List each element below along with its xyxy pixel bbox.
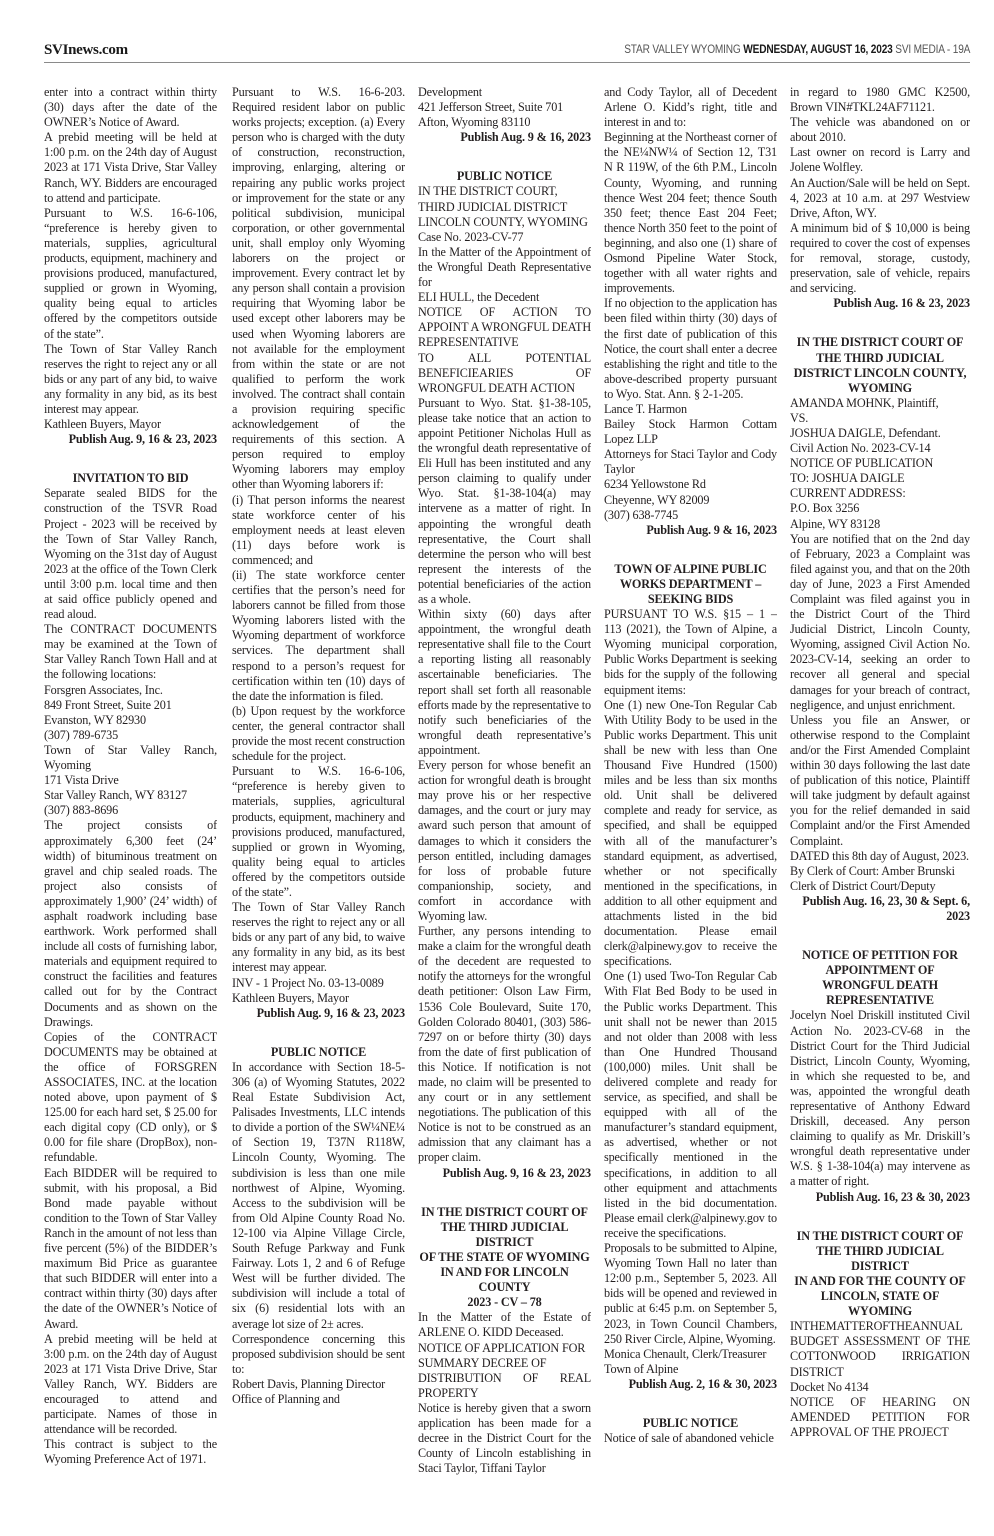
notice-heading: IN THE DISTRICT COURT OF THE THIRD JUDIC… [790,335,970,395]
notice-paragraph: INTHEMATTEROFTHEANNUAL BUDGET ASSESSMENT… [790,1319,970,1379]
page-masthead: SVInews.com STAR VALLEY WYOMING WEDNESDA… [44,40,970,63]
notice-paragraph: Bailey Stock Harmon Cottam Lopez LLP [604,417,777,447]
column-2: Pursuant to W.S. 16-6-203. Required resi… [232,85,405,1485]
notice-paragraph: (b) Upon request by the workforce center… [232,704,405,764]
notice-paragraph: PURSUANT TO W.S. §15 – 1 – 113 (2021), t… [604,607,777,698]
dateline: STAR VALLEY WYOMING WEDNESDAY, AUGUST 16… [624,44,970,56]
notice-line: 6234 Yellowstone Rd [604,477,777,492]
notice-paragraph: Pursuant to W.S. 16-6-203. Required resi… [232,85,405,493]
notice-line: Kathleen Buyers, Mayor [44,417,217,432]
notice-paragraph: Notice of sale of abandoned vehicle [604,1431,777,1446]
column-1: enter into a contract within thirty (30)… [44,85,217,1485]
notice-line: 171 Vista Drive [44,773,217,788]
notice-heading: PUBLIC NOTICE [418,169,591,184]
notice-line: Case No. 2023-CV-77 [418,230,591,245]
notice-line: Star Valley Ranch, WY 83127 [44,788,217,803]
notice-line: Monica Chenault, Clerk/Treasurer [604,1347,777,1362]
dateline-date: WEDNESDAY, AUGUST 16, 2023 [743,44,892,56]
notice-line: Evanston, WY 82930 [44,713,217,728]
notice-paragraph: Beginning at the Northeast corner of the… [604,130,777,296]
notice-paragraph: A prebid meeting will be held at 3:00 p.… [44,1332,217,1438]
notice-paragraph: A minimum bid of $ 10,000 is being requi… [790,221,970,296]
notice-line: (307) 638-7745 [604,508,777,523]
notice-line: JOSHUA DAIGLE, Defendant. [790,426,970,441]
notice-heading: TOWN OF ALPINE PUBLIC WORKS DEPARTMENT –… [604,562,777,607]
publish-dates: Publish Aug. 16, 23 & 30, 2023 [790,1190,970,1205]
notice-line: Robert Davis, Planning Director [232,1377,405,1392]
notice-line: Clerk of District Court/Deputy [790,879,970,894]
notice-heading: IN AND FOR THE COUNTY OF LINCOLN, STATE … [790,1274,970,1319]
notice-line: Civil Action No. 2023-CV-14 [790,441,970,456]
notice-line: Development [418,85,591,100]
notice-line: Cheyenne, WY 82009 [604,493,777,508]
notice-paragraph: Jocelyn Noel Driskill instituted Civil A… [790,1008,970,1189]
notice-line: LINCOLN COUNTY, WYOMING [418,215,591,230]
notice-paragraph: Notice is hereby given that a sworn appl… [418,1401,591,1476]
notice-paragraph: Unless you file an Answer, or otherwise … [790,713,970,849]
notice-paragraph: In accordance with Section 18-5-306 (a) … [232,1060,405,1332]
notice-paragraph: Pursuant to W.S. 16-6-106, “preference i… [44,206,217,342]
notice-line: NOTICE OF PUBLICATION [790,456,970,471]
notice-line: P.O. Box 3256 [790,501,970,516]
site-name: SVInews.com [44,42,128,59]
notice-paragraph: In the Matter of the Appointment of the … [418,245,591,290]
notice-line: VS. [790,411,970,426]
notice-paragraph: One (1) new One-Ton Regular Cab With Uti… [604,698,777,970]
notice-paragraph: (ii) The state workforce center certifie… [232,568,405,704]
notice-line: NOTICE OF APPLICATION FOR SUMMARY DECREE… [418,1341,591,1371]
notice-line: INV - 1 Project No. 03-13-0089 [232,976,405,991]
publish-dates: Publish Aug. 16 & 23, 2023 [790,296,970,311]
notice-paragraph: The vehicle was abandoned on or about 20… [790,115,970,145]
notice-line: Town of Alpine [604,1362,777,1377]
column-4: and Cody Taylor, all of Decedent Arlene … [604,85,777,1485]
notice-paragraph: Copies of the CONTRACT DOCUMENTS may be … [44,1030,217,1166]
notice-paragraph: Every person for whose benefit an action… [418,758,591,924]
notice-line: Lance T. Harmon [604,402,777,417]
publish-dates: Publish Aug. 16, 23, 30 & Sept. 6, 2023 [790,894,970,924]
notice-paragraph: Office of Planning and [232,1392,405,1407]
notice-paragraph: In the Matter of the Estate of ARLENE O.… [418,1310,591,1340]
notice-paragraph: One (1) used Two-Ton Regular Cab With Fl… [604,969,777,1241]
notice-paragraph: TO ALL POTENTIAL BENEFICIEARIES OF WRONG… [418,351,591,396]
notice-line: ELI HULL, the Decedent [418,290,591,305]
dateline-prefix: STAR VALLEY WYOMING [624,44,743,56]
notice-line: Kathleen Buyers, Mayor [232,991,405,1006]
notice-line: (307) 789-6735 [44,728,217,743]
notice-paragraph: You are notified that on the 2nd day of … [790,532,970,713]
notice-paragraph: Each BIDDER will be required to submit, … [44,1166,217,1332]
notice-paragraph: The project consists of approximately 6,… [44,818,217,1029]
notice-line: Afton, Wyoming 83110 [418,115,591,130]
column-5: in regard to 1980 GMC K2500, Brown VIN#T… [790,85,970,1485]
notice-paragraph: IN THE DISTRICT COURT, [418,184,591,199]
notice-paragraph: Within sixty (60) days after appointment… [418,607,591,758]
notice-line: Alpine, WY 83128 [790,517,970,532]
notice-line: 849 Front Street, Suite 201 [44,698,217,713]
publish-dates: Publish Aug. 9, 16 & 23, 2023 [232,1006,405,1021]
notice-line: TO: JOSHUA DAIGLE [790,471,970,486]
notice-paragraph: The CONTRACT DOCUMENTS may be examined a… [44,622,217,682]
notice-line: By Clerk of Court: Amber Brunski [790,864,970,879]
legal-notices-columns: enter into a contract within thirty (30)… [44,85,970,1485]
notice-line: Docket No 4134 [790,1380,970,1395]
notice-paragraph: DISTRIBUTION OF REAL PROPERTY [418,1371,591,1401]
dateline-suffix: SVI MEDIA - 19A [892,44,970,56]
notice-heading: 2023 - CV – 78 [418,1295,591,1310]
notice-heading: IN THE DISTRICT COURT OF THE THIRD JUDIC… [790,1229,970,1274]
notice-paragraph: The Town of Star Valley Ranch reserves t… [232,900,405,975]
notice-paragraph: This contract is subject to the Wyoming … [44,1437,217,1467]
notice-line: THIRD JUDICIAL DISTRICT [418,200,591,215]
notice-paragraph: A prebid meeting will be held at 1:00 p.… [44,130,217,205]
notice-paragraph: An Auction/Sale will be held on Sept. 4,… [790,176,970,221]
notice-heading: PUBLIC NOTICE [232,1045,405,1060]
notice-paragraph: in regard to 1980 GMC K2500, Brown VIN#T… [790,85,970,115]
notice-paragraph: Proposals to be submitted to Alpine, Wyo… [604,1241,777,1347]
notice-paragraph: NOTICE OF ACTION TO APPOINT A WRONGFUL D… [418,305,591,350]
notice-paragraph: NOTICE OF HEARING ON AMENDED PETITION FO… [790,1395,970,1440]
notice-paragraph: DATED this 8th day of August, 2023. [790,849,970,864]
notice-paragraph: Correspondence concerning this proposed … [232,1332,405,1377]
notice-paragraph: Separate sealed BIDS for the constructio… [44,486,217,622]
publish-dates: Publish Aug. 9, 16 & 23, 2023 [44,432,217,447]
notice-paragraph: If no objection to the application has b… [604,296,777,402]
notice-paragraph: (i) That person informs the nearest stat… [232,493,405,568]
notice-heading: PUBLIC NOTICE [604,1416,777,1431]
notice-paragraph: Pursuant to W.S. 16-6-106, “preference i… [232,764,405,900]
notice-paragraph: Last owner on record is Larry and Jolene… [790,145,970,175]
notice-line: (307) 883-8696 [44,803,217,818]
notice-paragraph: Town of Star Valley Ranch, Wyoming [44,743,217,773]
notice-heading: OF THE STATE OF WYOMING IN AND FOR LINCO… [418,1250,591,1295]
notice-paragraph: and Cody Taylor, all of Decedent Arlene … [604,85,777,130]
notice-paragraph: The Town of Star Valley Ranch reserves t… [44,342,217,417]
notice-paragraph: Pursuant to Wyo. Stat. §1-38-105, please… [418,396,591,607]
notice-line: AMANDA MOHNK, Plaintiff, [790,396,970,411]
publish-dates: Publish Aug. 2, 16 & 30, 2023 [604,1377,777,1392]
notice-heading: NOTICE OF PETITION FOR APPOINTMENT OF WR… [790,948,970,1008]
notice-paragraph: enter into a contract within thirty (30)… [44,85,217,130]
column-3: Development421 Jefferson Street, Suite 7… [418,85,591,1485]
notice-heading: IN THE DISTRICT COURT OF THE THIRD JUDIC… [418,1205,591,1250]
notice-line: 421 Jefferson Street, Suite 701 [418,100,591,115]
publish-dates: Publish Aug. 9 & 16, 2023 [604,523,777,538]
notice-paragraph: Attorneys for Staci Taylor and Cody Tayl… [604,447,777,477]
notice-line: CURRENT ADDRESS: [790,486,970,501]
publish-dates: Publish Aug. 9 & 16, 2023 [418,130,591,145]
notice-paragraph: Further, any persons intending to make a… [418,924,591,1166]
publish-dates: Publish Aug. 9, 16 & 23, 2023 [418,1166,591,1181]
notice-line: Forsgren Associates, Inc. [44,683,217,698]
notice-heading: INVITATION TO BID [44,471,217,486]
